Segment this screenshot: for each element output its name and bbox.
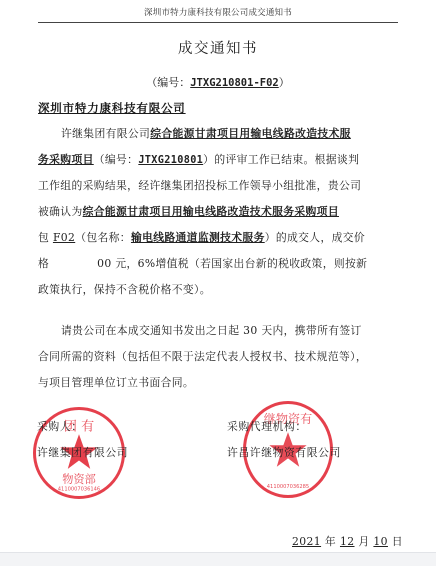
label-text: （包名称： — [75, 231, 131, 244]
purchaser-text: 许继集团有限公司 — [61, 127, 150, 140]
svg-text:4110007036285: 4110007036285 — [267, 484, 309, 490]
doc-number-suffix: ） — [279, 76, 290, 89]
date-year: 2021 — [292, 535, 321, 548]
package-name: 输电线路通道监测技术服务 — [131, 231, 265, 244]
paragraph-line: 许继集团有限公司综合能源甘肃项目用输电线路改造技术服 — [38, 121, 400, 147]
package-code: F02 — [53, 231, 75, 244]
date-day: 10 — [373, 535, 388, 548]
paragraph-line: 请贵公司在本成交通知书发出之日起 30 天内，携带所有签订 — [38, 318, 400, 344]
project-name: 综合能源甘肃项目用输电线路改造技术服务采购项目 — [83, 205, 339, 218]
date-month: 12 — [340, 535, 355, 548]
paragraph-line: 工作组的采购结果，经许继集团招投标工作领导小组批准，贵公司 — [38, 173, 400, 199]
contract-paragraph: 请贵公司在本成交通知书发出之日起 30 天内，携带所有签订 合同所需的资料（包括… — [38, 318, 400, 396]
date-year-unit: 年 — [325, 535, 336, 548]
paragraph-line: 政策执行，保持不含税价格不变）。 — [38, 277, 400, 303]
price-text: 00 元，6%增值税（若国家出台新的税收政策，则按新 — [97, 257, 367, 270]
purchaser-signature: 采购人： 许继集团有限公司 — [37, 414, 128, 466]
document-page: 深圳市特力康科技有限公司成交通知书 成交通知书 （编号：JTXG210801-F… — [0, 0, 436, 552]
header-rule — [38, 22, 398, 23]
svg-text:物资部: 物资部 — [62, 472, 96, 486]
date-day-unit: 日 — [392, 535, 403, 548]
project-name-cont: 务采购项目 — [38, 153, 94, 166]
paragraph-text: ）的成交人，成交价 — [265, 231, 365, 244]
paragraph-line: 包 F02（包名称：输电线路通道监测技术服务）的成交人，成交价 — [38, 225, 400, 251]
paragraph-text: 被确认为 — [38, 205, 83, 218]
date-month-unit: 月 — [358, 535, 369, 548]
paragraph-line: 务采购项目（编号：JTXG210801）的评审工作已结束。根据谈判 — [38, 147, 400, 173]
agency-label: 采购代理机构： — [227, 414, 341, 440]
viewer-footer-strip — [0, 552, 436, 566]
purchaser-name: 许继集团有限公司 — [37, 440, 128, 466]
document-number: （编号：JTXG210801-F02） — [0, 74, 436, 90]
agency-name: 许昌许继物资有限公司 — [227, 440, 341, 466]
paragraph-line: 被确认为综合能源甘肃项目用输电线路改造技术服务采购项目 — [38, 199, 400, 225]
project-name: 综合能源甘肃项目用输电线路改造技术服 — [150, 127, 351, 140]
doc-number-prefix: （编号： — [146, 76, 190, 89]
project-code: JTXG210801 — [138, 155, 203, 166]
svg-text:4110007036146: 4110007036146 — [58, 486, 100, 492]
doc-number-code: JTXG210801-F02 — [190, 77, 279, 89]
paragraph-line: 与项目管理单位订立书面合同。 — [38, 370, 400, 396]
label-text: （编号： — [94, 153, 139, 166]
paragraph-line: 格00 元，6%增值税（若国家出台新的税收政策，则按新 — [38, 251, 400, 277]
paragraph-text: 格 — [38, 257, 49, 270]
issue-date: 2021 年 12 月 10 日 — [292, 534, 403, 549]
recipient-company: 深圳市特力康科技有限公司 — [38, 100, 186, 116]
paragraph-line: 合同所需的资料（包括但不限于法定代表人授权书、技术规范等）， — [38, 344, 400, 370]
paragraph-text: ）的评审工作已结束。根据谈判 — [203, 153, 359, 166]
purchaser-label: 采购人： — [37, 414, 128, 440]
agency-signature: 采购代理机构： 许昌许继物资有限公司 — [227, 414, 341, 466]
award-paragraph: 许继集团有限公司综合能源甘肃项目用输电线路改造技术服 务采购项目（编号：JTXG… — [38, 121, 400, 303]
running-header: 深圳市特力康科技有限公司成交通知书 — [0, 6, 436, 18]
document-title: 成交通知书 — [0, 37, 436, 58]
paragraph-text: 包 — [38, 231, 53, 244]
